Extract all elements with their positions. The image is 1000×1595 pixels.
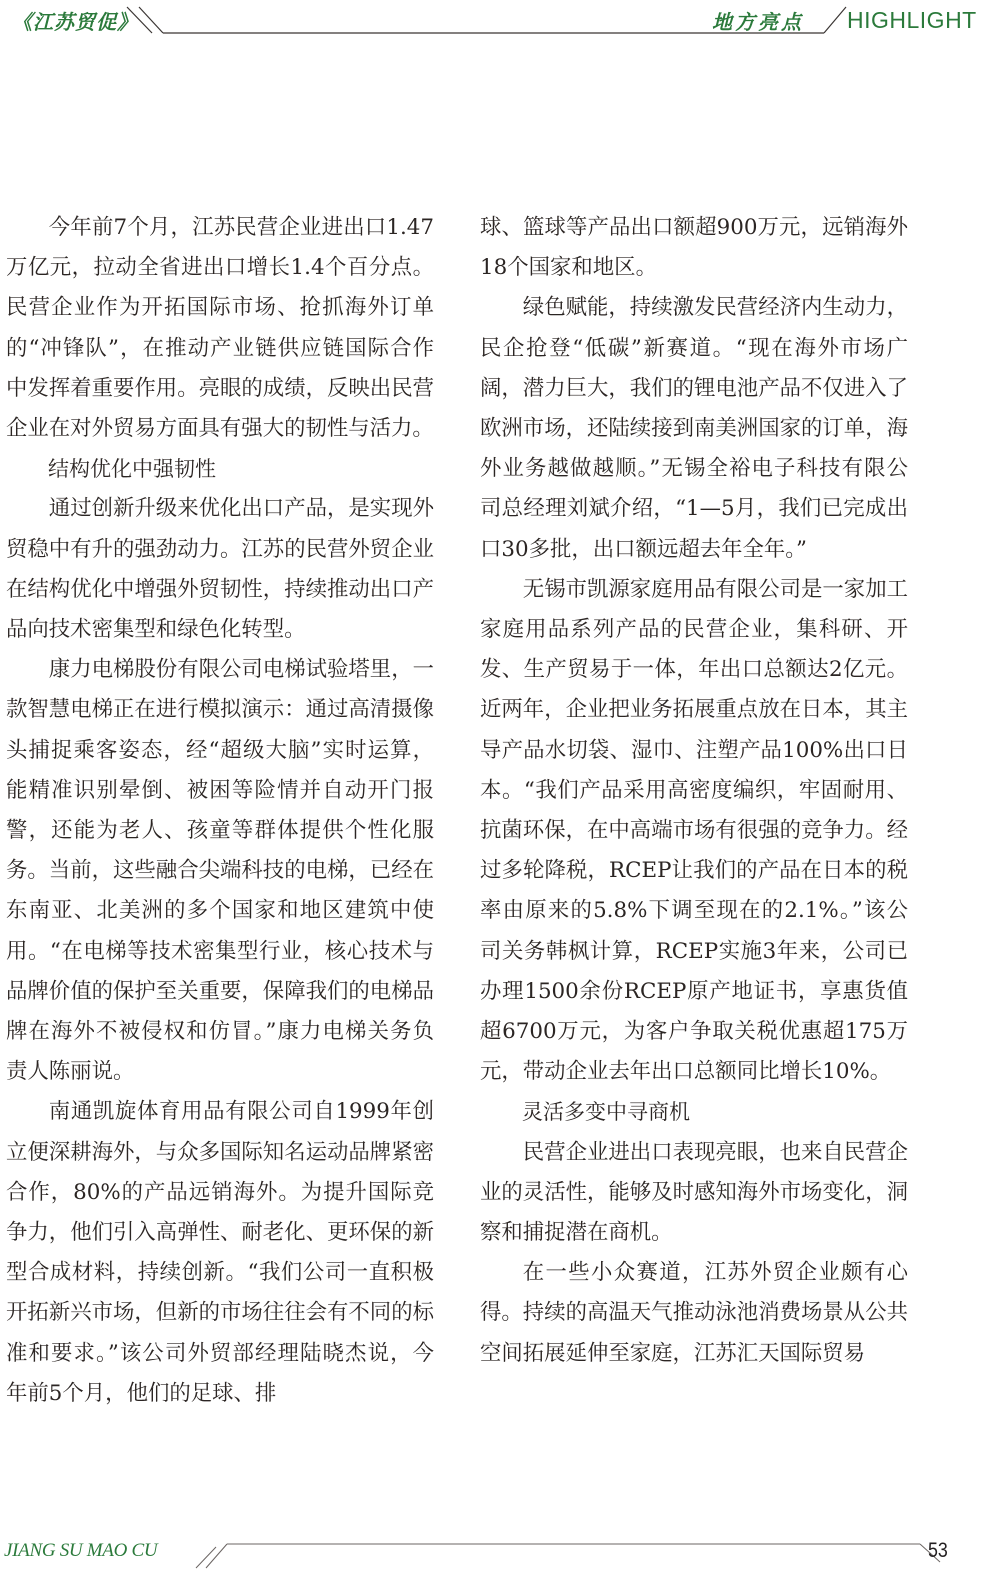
article-column-left: 今年前7个月，江苏民营企业进出口1.47万亿元，拉动全省进出口增长1.4个百分点… <box>6 208 434 1414</box>
page-footer: JIANG SU MAO CU 53 <box>0 1520 1000 1595</box>
page-number: 53 <box>928 1539 948 1563</box>
article-paragraph-continuation: 球、篮球等产品出口额超900万元，远销海外18个国家和地区。 <box>480 208 908 288</box>
page-header: 《江苏贸促》 地方亮点 HIGHLIGHT <box>0 0 1000 50</box>
article-paragraph: 南通凯旋体育用品有限公司自1999年创立便深耕海外，与众多国际知名运动品牌紧密合… <box>6 1092 434 1414</box>
footer-magazine-name: JIANG SU MAO CU <box>4 1540 157 1562</box>
section-heading: 灵活多变中寻商机 <box>480 1092 908 1132</box>
section-title: 地方亮点 <box>712 6 804 35</box>
article-paragraph: 民营企业进出口表现亮眼，也来自民营企业的灵活性，能够及时感知海外市场变化，洞察和… <box>480 1133 908 1254</box>
article-paragraph: 今年前7个月，江苏民营企业进出口1.47万亿元，拉动全省进出口增长1.4个百分点… <box>6 208 434 449</box>
article-paragraph: 在一些小众赛道，江苏外贸企业颇有心得。持续的高温天气推动泳池消费场景从公共空间拓… <box>480 1253 908 1374</box>
section-label-en: HIGHLIGHT <box>847 7 977 34</box>
section-heading: 结构优化中强韧性 <box>6 449 434 489</box>
article-paragraph: 通过创新升级来优化出口产品，是实现外贸稳中有升的强劲动力。江苏的民营外贸企业在结… <box>6 489 434 650</box>
article-paragraph: 无锡市凯源家庭用品有限公司是一家加工家庭用品系列产品的民营企业，集科研、开发、生… <box>480 570 908 1093</box>
article-paragraph: 绿色赋能，持续激发民营经济内生动力，民企抢登“低碳”新赛道。“现在海外市场广阔，… <box>480 288 908 569</box>
article-paragraph: 康力电梯股份有限公司电梯试验塔里，一款智慧电梯正在进行模拟演示：通过高清摄像头捕… <box>6 650 434 1092</box>
article-column-right: 球、篮球等产品出口额超900万元，远销海外18个国家和地区。 绿色赋能，持续激发… <box>480 208 908 1374</box>
magazine-title: 《江苏贸促》 <box>12 6 138 35</box>
